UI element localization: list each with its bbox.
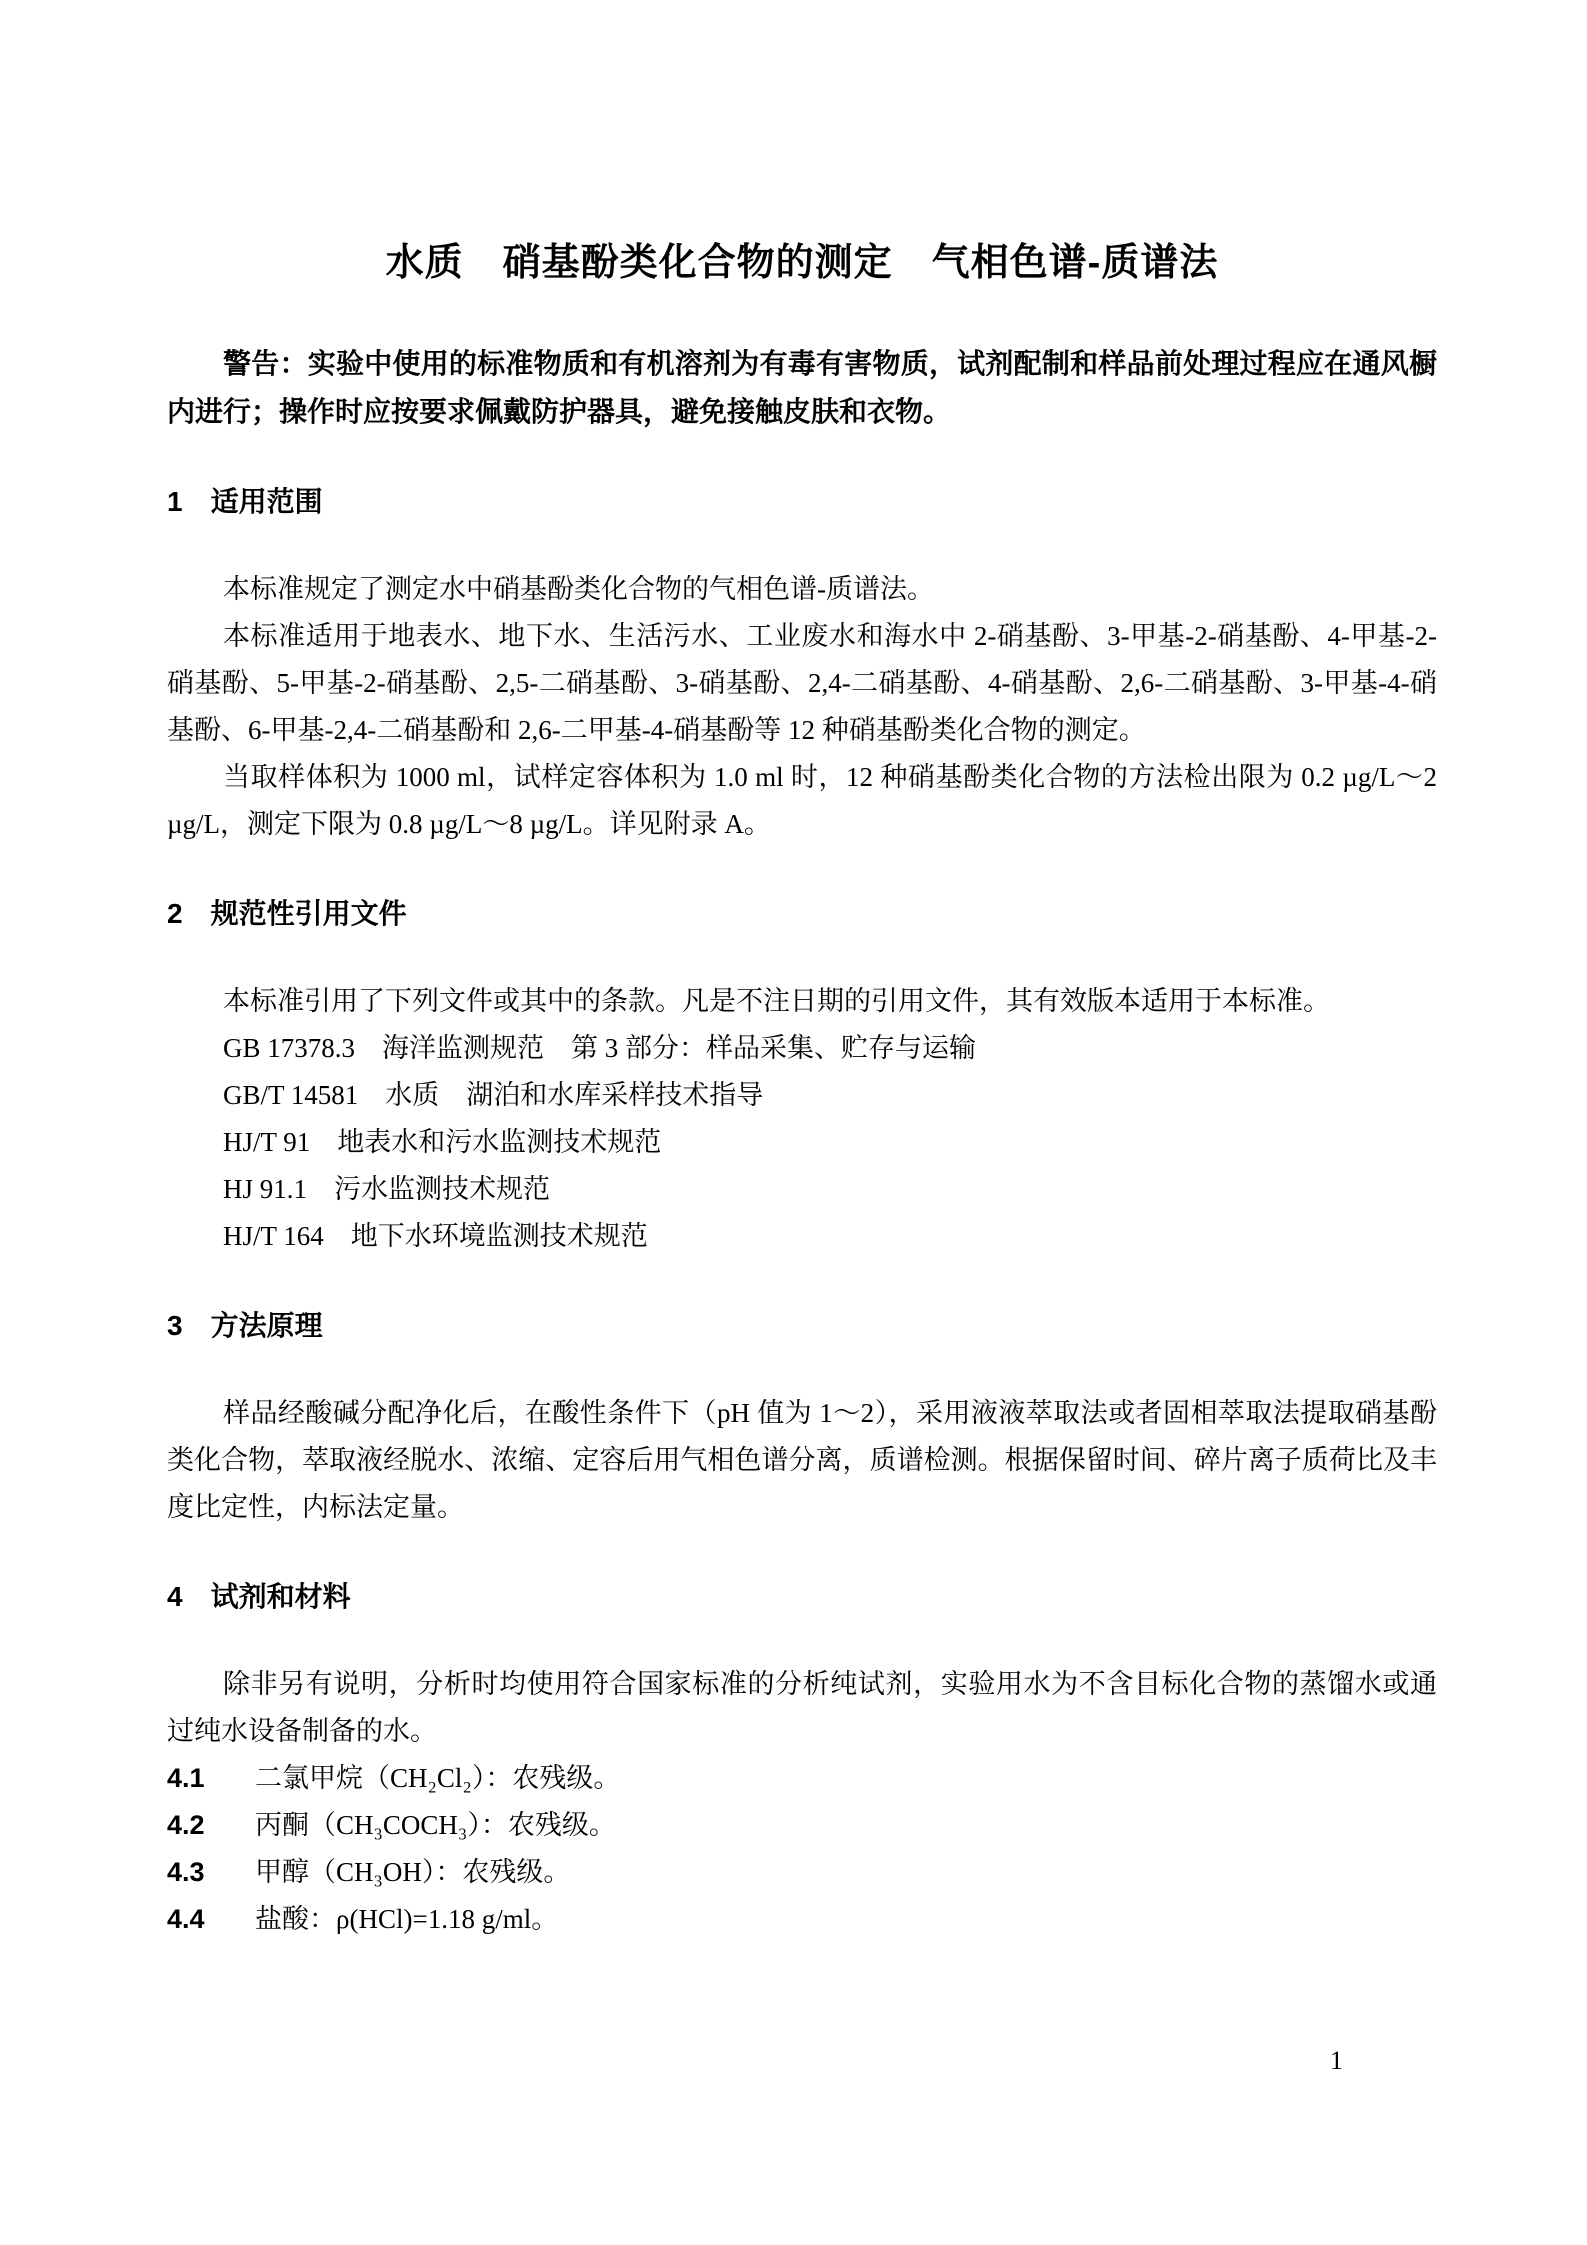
section-heading-references: 2规范性引用文件 bbox=[167, 894, 1437, 934]
clause-item: 4.1二氯甲烷（CH₂Cl₂）：农残级。 bbox=[167, 1755, 1437, 1802]
reference-item: HJ/T 164 地下水环境监测技术规范 bbox=[223, 1213, 1437, 1260]
section-number: 1 bbox=[167, 486, 183, 517]
clause-number: 4.2 bbox=[167, 1802, 225, 1849]
clause-item: 4.3甲醇（CH₃OH）：农残级。 bbox=[167, 1849, 1437, 1896]
paragraph: 本标准规定了测定水中硝基酚类化合物的气相色谱-质谱法。 bbox=[167, 566, 1437, 613]
warning-paragraph: 警告：实验中使用的标准物质和有机溶剂为有毒有害物质，试剂配制和样品前处理过程应在… bbox=[167, 340, 1437, 436]
section-heading-reagents: 4试剂和材料 bbox=[167, 1577, 1437, 1617]
section-title: 试剂和材料 bbox=[211, 1581, 351, 1612]
section-normative-references: 2规范性引用文件 本标准引用了下列文件或其中的条款。凡是不注日期的引用文件，其有… bbox=[167, 894, 1437, 1260]
section-title: 方法原理 bbox=[211, 1310, 323, 1341]
paragraph: 当取样体积为 1000 ml，试样定容体积为 1.0 ml 时，12 种硝基酚类… bbox=[167, 754, 1437, 848]
section-title: 适用范围 bbox=[211, 486, 323, 517]
section-title: 规范性引用文件 bbox=[211, 898, 407, 929]
section-reagents-materials: 4试剂和材料 除非另有说明，分析时均使用符合国家标准的分析纯试剂，实验用水为不含… bbox=[167, 1577, 1437, 1943]
clause-text: 丙酮（CH₃COCH₃）：农残级。 bbox=[255, 1810, 616, 1840]
clause-text: 甲醇（CH₃OH）：农残级。 bbox=[255, 1857, 570, 1887]
section-heading-scope: 1适用范围 bbox=[167, 482, 1437, 522]
page-number: 1 bbox=[1330, 2046, 1343, 2076]
reference-list: GB 17378.3 海洋监测规范 第 3 部分：样品采集、贮存与运输 GB/T… bbox=[167, 1025, 1437, 1260]
section-scope: 1适用范围 本标准规定了测定水中硝基酚类化合物的气相色谱-质谱法。 本标准适用于… bbox=[167, 482, 1437, 848]
paragraph: 样品经酸碱分配净化后，在酸性条件下（pH 值为 1～2），采用液液萃取法或者固相… bbox=[167, 1390, 1437, 1531]
section-heading-principle: 3方法原理 bbox=[167, 1306, 1437, 1346]
paragraph: 本标准适用于地表水、地下水、生活污水、工业废水和海水中 2-硝基酚、3-甲基-2… bbox=[167, 613, 1437, 754]
clause-number: 4.3 bbox=[167, 1849, 225, 1896]
reference-item: GB/T 14581 水质 湖泊和水库采样技术指导 bbox=[223, 1072, 1437, 1119]
section-method-principle: 3方法原理 样品经酸碱分配净化后，在酸性条件下（pH 值为 1～2），采用液液萃… bbox=[167, 1306, 1437, 1531]
document-title: 水质 硝基酚类化合物的测定 气相色谱-质谱法 bbox=[167, 238, 1437, 288]
section-number: 2 bbox=[167, 898, 183, 929]
clause-text: 盐酸：ρ(HCl)=1.18 g/ml。 bbox=[255, 1904, 558, 1934]
clause-item: 4.2丙酮（CH₃COCH₃）：农残级。 bbox=[167, 1802, 1437, 1849]
clause-number: 4.4 bbox=[167, 1896, 225, 1943]
reference-item: HJ/T 91 地表水和污水监测技术规范 bbox=[223, 1119, 1437, 1166]
clause-text: 二氯甲烷（CH₂Cl₂）：农残级。 bbox=[255, 1763, 620, 1793]
section-number: 4 bbox=[167, 1581, 183, 1612]
document-page: 水质 硝基酚类化合物的测定 气相色谱-质谱法 警告：实验中使用的标准物质和有机溶… bbox=[0, 0, 1587, 2245]
reference-item: HJ 91.1 污水监测技术规范 bbox=[223, 1166, 1437, 1213]
reference-item: GB 17378.3 海洋监测规范 第 3 部分：样品采集、贮存与运输 bbox=[223, 1025, 1437, 1072]
clause-item: 4.4盐酸：ρ(HCl)=1.18 g/ml。 bbox=[167, 1896, 1437, 1943]
section-number: 3 bbox=[167, 1310, 183, 1341]
paragraph: 本标准引用了下列文件或其中的条款。凡是不注日期的引用文件，其有效版本适用于本标准… bbox=[167, 978, 1437, 1025]
paragraph: 除非另有说明，分析时均使用符合国家标准的分析纯试剂，实验用水为不含目标化合物的蒸… bbox=[167, 1661, 1437, 1755]
clause-number: 4.1 bbox=[167, 1755, 225, 1802]
